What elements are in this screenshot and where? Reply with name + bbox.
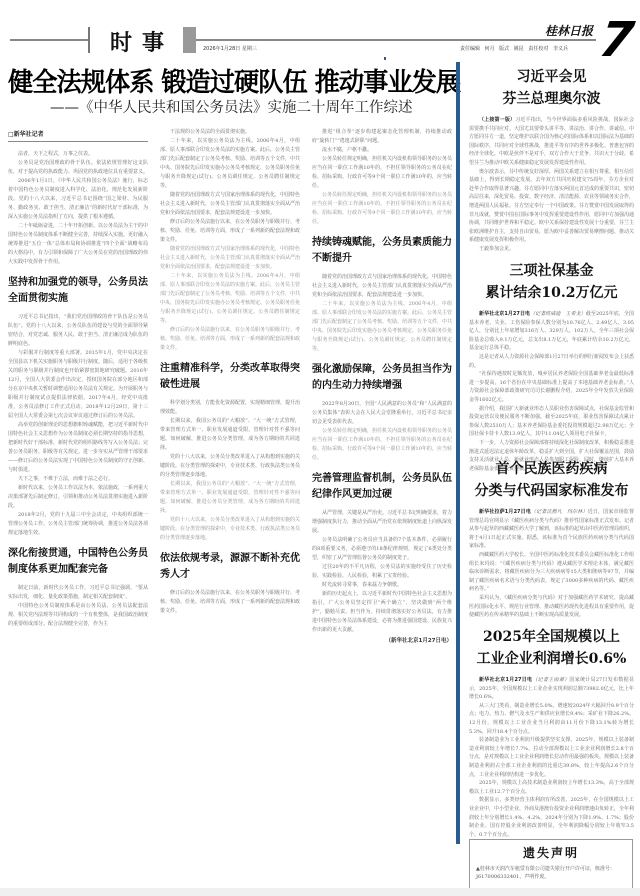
paragraph: 公务员法明确了公务员应当具备的7个基本条件，必须履行的8项重要义务，必须遵守的1… — [312, 536, 452, 563]
paragraph: 时光流转寻常事，春来磊力争朝歌。 — [312, 581, 452, 590]
lost-notice-box: 遗失声明 ▲桂林市天润汽车租赁有限公司遗失银行开户许可证，核准号：J617000… — [469, 839, 633, 889]
paragraph: 新时代以来，公务员工作以法为本，依法施政，一系列重大决策部署先后制定修订，引领和… — [8, 484, 148, 511]
title-line: 芬兰总理奥尔波 — [469, 88, 634, 110]
title-line: 习近平会见 — [469, 66, 634, 88]
issue-date: 2026年1月28日 星期三 — [203, 45, 257, 52]
paragraph: 据介绍，我国扩大新就业形态人员职业伤害保障试点，社保基金监管和投资运营以及便民服… — [469, 405, 634, 439]
story-body: 新华社拉萨1月27日电（记者沈楷凡 玛尔林）近日，国家市场监督管理总局官网显示《… — [469, 508, 634, 620]
story-title: 习近平会见 芬兰总理奥尔波 — [469, 66, 634, 110]
story-body: 新华社北京1月27日电（记者王雨萧）国家统计局27日发布数据显示，2025年，全… — [469, 676, 634, 839]
story-lead: 新华社北京1月27日电 — [479, 677, 532, 683]
paragraph: 这是记者从人力资源社会保障部1月27日举行的例行新闻发布会上获悉的。 — [469, 353, 634, 370]
paragraph: 中国特色公务员制度体系是由公务员法、公务员法配套法规、相关党内法规等共同构成的一… — [8, 602, 148, 629]
paragraph: 过往20年的不平凡历程，公务员法的实施经受住了历史检验、实践检验、人民检验，积累… — [312, 563, 452, 581]
paragraph: 制定日前，新时代公务员工作，习近平总书记强调，“要从实际出发，细化、量化政策措施… — [8, 584, 148, 602]
paragraph: 干法规的公务员法的全面贯彻实施。 — [160, 128, 300, 137]
paragraph: 数据显示，多类经营主体利润有所改善。2025年，在全国规模以上工业企业中，中小型… — [469, 796, 634, 839]
editor-credits: 责任编辑 何月 版式 姚昆 责任校对 李义兵 — [460, 45, 568, 52]
reporter-credit: （记者班威迪 王希戈） — [530, 311, 586, 317]
paragraph: 西藏藏医药大学校长、全国中医药标准化技术委员会藏医标准化工作组组长米玛说：“《藏… — [469, 551, 634, 594]
reporter-credit: （记者沈楷凡 玛尔林） — [531, 509, 588, 515]
article-dateline: （新华社北京1月27日电） — [312, 637, 452, 646]
right-news-column: 习近平会见 芬兰总理奥尔波 （上接第一版）习近平指出，当今世界面临多重风险挑战，… — [469, 58, 634, 828]
page-number: 7 — [597, 16, 637, 64]
article-column-3: 推进“组合拳”逐步构建起案态化管理机制，持续推动政府“旋转门”“逃逸式辞职”问题… — [312, 128, 452, 888]
right-column-accent-bar — [456, 62, 460, 844]
story-lead: （上接第一版） — [479, 117, 515, 123]
title-line: 分类与代码国家标准发布 — [469, 480, 634, 502]
paragraph: 截至2025年底，全国基本养老、失业、工伤保险参保人数分别为10.76亿人、2.… — [469, 311, 634, 351]
story-lead: 新华社北京1月27日电 — [479, 311, 530, 317]
notice-title: 遗失声明 — [476, 844, 626, 861]
story-title: 首个民族医药疾病 分类与代码国家标准发布 — [469, 458, 634, 502]
paragraph: 与彩服并行制度等重大部署。2015年1月，党中央决定在全国县以下机关实施职务与职… — [8, 349, 148, 421]
newspaper-logo: 桂林日报 — [545, 22, 593, 39]
title-line: 工业企业利润增长0.6% — [469, 648, 634, 670]
paragraph: 奥尔波表示，芬中传统友好深厚，两国关系建立在相互尊重、相互信任基础上，得到长期稳… — [469, 168, 634, 245]
paragraph: 二十年砥砺奋进，二十年开拓创新。以公务员法为主干的中国特色公务员制度体系不断健全… — [8, 222, 148, 267]
main-article: □新华社记者 法者，天下之程式，万事之仪表。 公务员是党治国理政的骨干队伍。依法… — [8, 128, 452, 888]
paragraph: 采玛认为，《藏医疾病分类与代码》对于加强藏医药学术研究、提高藏医药国际化水平、规… — [469, 594, 634, 620]
paragraph: 从严管理，关键是从严治吏。习近平总书记明确要求，着力增强制度执行力，推动全面从严… — [312, 509, 452, 536]
story-industrial-profits: 2025年全国规模以上 工业企业利润增长0.6% 新华社北京1月27日电（记者王… — [469, 626, 634, 839]
paragraph: 党的十八大以来，公务员分类改革进入了从构想到实施的关键阶段。在分类管理的探索中，… — [160, 453, 300, 480]
paragraph: “社保待遇按时足额发放，城乡居民养老保险全国基础养老金最低标准进一步提高，16个… — [469, 370, 634, 404]
paragraph: 推进“组合拳”逐步构建起案态化管理机制，持续推动政府“旋转门”“逃逸式辞职”问题… — [312, 128, 452, 146]
story-title: 2025年全国规模以上 工业企业利润增长0.6% — [469, 626, 634, 670]
section-subhead: 坚持和加强党的领导，公务员法全面贯彻实施 — [8, 275, 148, 307]
section-subhead: 深化衔接贯通，中国特色公务员制度体系更加配套完备 — [8, 546, 148, 578]
reporter-credit: （记者王雨萧） — [532, 677, 569, 683]
main-subheadline: ——《中华人民共和国公务员法》实施二十周年工作综述 — [50, 96, 413, 117]
masthead-rule — [196, 39, 596, 41]
paragraph: 从三大门类看，制造业增长5.0%，增速较2024年大幅回升8.9个百分点；电力、… — [469, 702, 634, 736]
paragraph: 天下之事，不难于立法，而难于法之必行。 — [8, 475, 148, 484]
story-social-insurance-fund: 三项社保基金 累计结余10.2万亿元 新华社北京1月27日电（记者班威迪 王希戈… — [469, 260, 634, 473]
paragraph: 2018年2月，党的十九届三中全会决定，中央组织部统一管理公务员工作。公务员主管… — [8, 511, 148, 538]
paragraph: 2022年8月30日，全国“人民满意的公务员”和“人民满意的公务员集体”表彰大会… — [312, 400, 452, 427]
paragraph: 修订后的公务员法施行以来，在公务员职务与职级并行、考核、奖励、任免、培训等方面，… — [160, 218, 300, 245]
paragraph: 长期以来，我国公务员的“大帽放”、“大一统”方式管理，带来管理方式单一、职业发展… — [160, 417, 300, 453]
story-body: （上接第一版）习近平指出，当今世界面临多重风险挑战，国际社会需要携手共同应对。大… — [469, 116, 634, 254]
paragraph: 2006年1月1日，《中华人民共和国公务员法》施行，标志着中国特色公务员制度进入… — [8, 177, 148, 222]
section-marker — [183, 27, 196, 53]
paragraph: 高举党的创新理论的思想旗帜铸魂赋能，把习近平新时代中国特色社会主义思想作为公务员… — [8, 421, 148, 475]
paragraph: 法者，天下之程式，万事之仪表。 — [8, 150, 148, 159]
paragraph: 随着党的治国理政方式与国家治理体系的现代化，中国特色社会主义进入新时代，公务员主… — [312, 273, 452, 300]
story-title: 三项社保基金 累计结余10.2万亿元 — [469, 260, 634, 304]
title-line: 累计结余10.2万亿元 — [469, 282, 634, 304]
main-headline: 健全法规体系 锻造过硬队伍 推动事业发展 — [8, 62, 439, 99]
story-ethnic-medicine-standard: 首个民族医药疾病 分类与代码国家标准发布 新华社拉萨1月27日电（记者沈楷凡 玛… — [469, 458, 634, 620]
title-line: 首个民族医药疾病 — [469, 458, 634, 480]
byline: □新华社记者 — [8, 130, 148, 142]
article-column-2: 干法规的公务员法的全面贯彻实施。 二十年来，以实施公务员法为主线。2006年4月… — [160, 128, 300, 888]
paragraph: 随着党的治国理政方式与国家治理体系的现代化，中国特色社会主义进入新时代，公务员主… — [160, 191, 300, 218]
page-bottom-margin — [0, 888, 640, 896]
paragraph: 公务员转任规定明确，担任机关内设机构领导职务的公务员应当在同一职位工作满10年的… — [312, 191, 452, 227]
paragraph: 随着党的治国理政方式与国家治理体系的现代化，中国特色社会主义进入新时代，公务员主… — [160, 245, 300, 272]
section-subhead: 完善管理监督机制，公务员队伍纪律作风更加过硬 — [312, 471, 452, 503]
article-column-1: □新华社记者 法者，天下之程式，万事之仪表。 公务员是党治国理政的骨干队伍。依法… — [8, 128, 148, 888]
paragraph: 公务员是党治国理政的骨干队伍。依法依规管理好这支队伍，对于提高党的执政能力、巩固… — [8, 159, 148, 177]
paragraph: 习近平总书记指出，“我们党治国理政的骨干队伍是公务员队伍”。党的十八大以来，公务… — [8, 313, 148, 349]
paragraph: 流水不腐，户枢不蠹。 — [312, 146, 452, 155]
section-subhead: 依法依规考录，源源不断补充优秀人才 — [160, 551, 300, 583]
paragraph: 党的十八大以来，公务员分类改革进入了从构想到实施的关键阶段。在分类管理的探索中，… — [160, 516, 300, 543]
paragraph: 近日，国家市场监督管理总局官网显示《藏医疾病分类与代码》推荐性国家标准正式发布。… — [469, 509, 634, 549]
masthead-left-rule — [10, 39, 88, 41]
section-subhead: 持续铸魂赋能，公务员素质能力不断提升 — [312, 235, 452, 267]
paragraph: 二十年来，以实施公务员法为主线。2006年4月，中组部、原人事部联合印发公务员法… — [160, 137, 300, 191]
story-body: 新华社北京1月27日电（记者班威迪 王希戈）截至2025年底，全国基本养老、失业… — [469, 310, 634, 473]
masthead-tick — [88, 27, 90, 53]
story-xi-meets-finnish-pm: 习近平会见 芬兰总理奥尔波 （上接第一版）习近平指出，当今世界面临多重风险挑战，… — [469, 66, 634, 254]
section-title: 时事 — [110, 26, 174, 57]
title-line: 2025年全国规模以上 — [469, 626, 634, 648]
notice-body: ▲桂林市天润汽车租赁有限公司遗失银行开户许可证，核准号：J61700063324… — [476, 865, 626, 881]
paragraph: 王毅参加会见。 — [469, 245, 634, 254]
paragraph: 二十年来，以实施公务员法为主线。2006年4月，中组部、原人事部联合印发公务员法… — [312, 300, 452, 354]
paragraph: 公务员转任规定明确，担任机关内设机构领导职务的公务员应当在同一职位工作满10年的… — [312, 427, 452, 463]
paragraph: 二十年来，以实施公务员法为主线。2006年4月，中组部、原人事部联合印发公务员法… — [160, 272, 300, 326]
paragraph: 修订后的公务员法施行以来，在公务员职务与职级并行、考核、奖励、任免、培训等方面，… — [160, 326, 300, 353]
title-line: 三项社保基金 — [469, 260, 634, 282]
section-subhead: 注重精准科学，分类改革取得突破性进展 — [160, 361, 300, 393]
paragraph: 习近平指出，当今世界面临多重风险挑战，国际社会需要携手共同应对。大国尤其要带头讲… — [469, 117, 634, 166]
section-subhead: 强化激励保障，公务员担当作为的内生动力持续增强 — [312, 362, 452, 394]
paragraph: 修订后的公务员法施行以来，在公务员职务与职级并行、考核、奖励、任免、培训等方面，… — [160, 589, 300, 616]
paragraph: 2025年，规模以上高技术制造业利润较上年增长13.3%，高于全部规模以上工业1… — [469, 779, 634, 796]
paragraph: 装备制造业为工业利润升级提供坚实支撑。2025年，规模以上装备制造业利润较上年增… — [469, 736, 634, 779]
paragraph: 新的历史起点上，以习近平新时代中国特色社会主义思想为指引，广大公务员坚定捍卫“两… — [312, 590, 452, 635]
page-masthead: 时事 2026年1月28日 星期三 桂林日报 责任编辑 何月 版式 姚昆 责任校… — [0, 0, 640, 58]
decorative-dot — [384, 57, 386, 60]
paragraph: 长期以来，我国公务员的“大帽放”、“大一统”方式管理，带来管理方式单一、职业发展… — [160, 480, 300, 516]
paragraph: 公务员转任规定明确，担任机关内设机构领导职务的公务员应当在同一职位工作满10年的… — [312, 155, 452, 191]
paragraph: 科学划分类别，方能优化资源配置，实现精细管理，提升治理效能。 — [160, 399, 300, 417]
story-lead: 新华社拉萨1月27日电 — [479, 509, 531, 515]
